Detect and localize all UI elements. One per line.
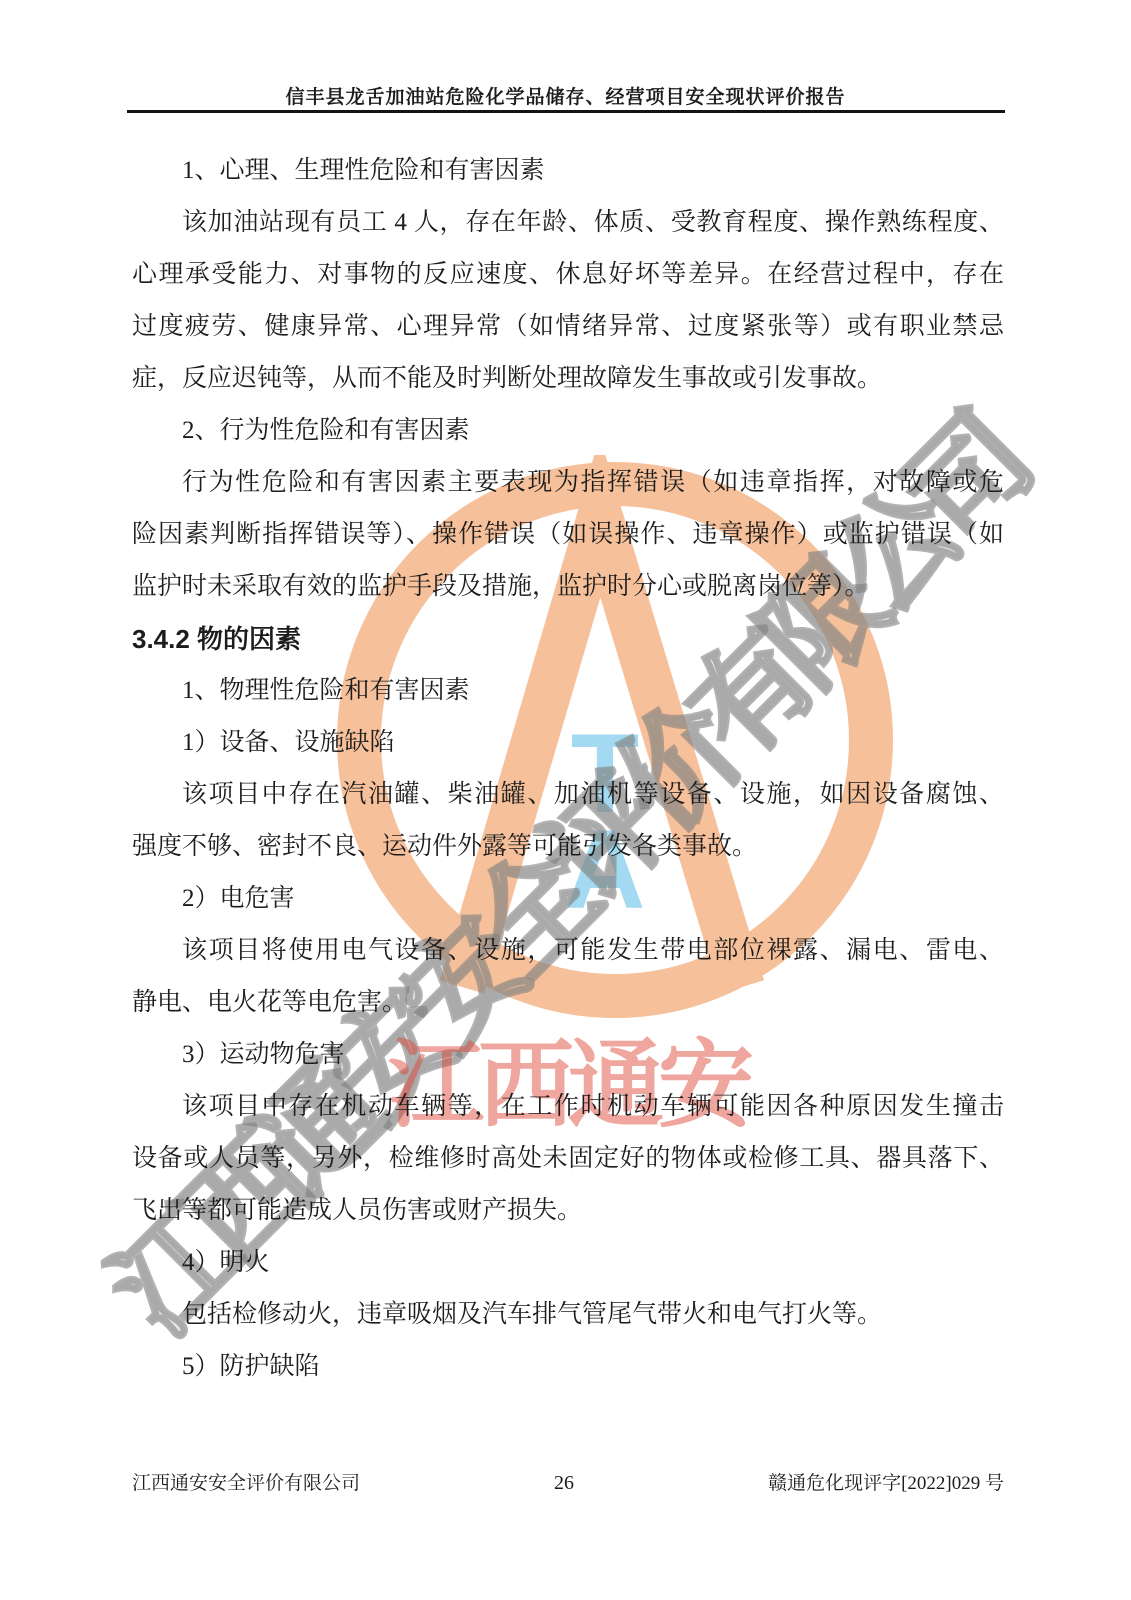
body-line: 行为性危险和有害因素主要表现为指挥错误（如违章指挥，对故障或危 (132, 457, 1004, 509)
body-line: 心理承受能力、对事物的反应速度、休息好坏等差异。在经营过程中，存在 (132, 249, 1004, 301)
content-area: 1、心理、生理性危险和有害因素该加油站现有员工 4 人，存在年龄、体质、受教育程… (132, 145, 1004, 1393)
footer-page-number: 26 (554, 1472, 574, 1495)
page-header-title: 信丰县龙舌加油站危险化学品储存、经营项目安全现状评价报告 (0, 82, 1131, 109)
footer-company: 江西通安安全评价有限公司 (132, 1468, 360, 1495)
footer-doc-number: 赣通危化现评字[2022]029 号 (768, 1468, 1004, 1495)
report-page: { "header": { "title": "信丰县龙舌加油站危险化学品储存、… (0, 0, 1131, 1600)
text-line: 强度不够、密封不良、运动件外露等可能引发各类事故。 (132, 821, 1004, 873)
text-line: 飞出等都可能造成人员伤害或财产损失。 (132, 1185, 1004, 1237)
text-line: 5）防护缺陷 (132, 1341, 1004, 1393)
body-line: 险因素判断指挥错误等）、操作错误（如误操作、违章操作）或监护错误（如 (132, 509, 1004, 561)
header-rule (127, 110, 1005, 113)
text-line: 包括检修动火，违章吸烟及汽车排气管尾气带火和电气打火等。 (132, 1289, 1004, 1341)
text-line: 静电、电火花等电危害。 (132, 977, 1004, 1029)
body-line: 该项目中存在汽油罐、柴油罐、加油机等设备、设施，如因设备腐蚀、 (132, 769, 1004, 821)
text-line: 3）运动物危害 (132, 1029, 1004, 1081)
text-line: 1、心理、生理性危险和有害因素 (132, 145, 1004, 197)
text-line: 监护时未采取有效的监护手段及措施，监护时分心或脱离岗位等）。 (132, 561, 1004, 613)
text-line: 2）电危害 (132, 873, 1004, 925)
body-line: 设备或人员等，另外，检维修时高处未固定好的物体或检修工具、器具落下、 (132, 1133, 1004, 1185)
body-line: 该加油站现有员工 4 人，存在年龄、体质、受教育程度、操作熟练程度、 (132, 197, 1004, 249)
text-line: 2、行为性危险和有害因素 (132, 405, 1004, 457)
body-line: 该项目中存在机动车辆等，在工作时机动车辆可能因各种原因发生撞击 (132, 1081, 1004, 1133)
text-line: 1、物理性危险和有害因素 (132, 665, 1004, 717)
body-line: 该项目将使用电气设备、设施，可能发生带电部位裸露、漏电、雷电、 (132, 925, 1004, 977)
text-line: 1）设备、设施缺陷 (132, 717, 1004, 769)
section-heading: 3.4.2 物的因素 (132, 613, 1004, 665)
text-line: 症，反应迟钝等，从而不能及时判断处理故障发生事故或引发事故。 (132, 353, 1004, 405)
page-footer: 江西通安安全评价有限公司 26 赣通危化现评字[2022]029 号 (132, 1468, 1004, 1495)
text-line: 4）明火 (132, 1237, 1004, 1289)
body-line: 过度疲劳、健康异常、心理异常（如情绪异常、过度紧张等）或有职业禁忌 (132, 301, 1004, 353)
